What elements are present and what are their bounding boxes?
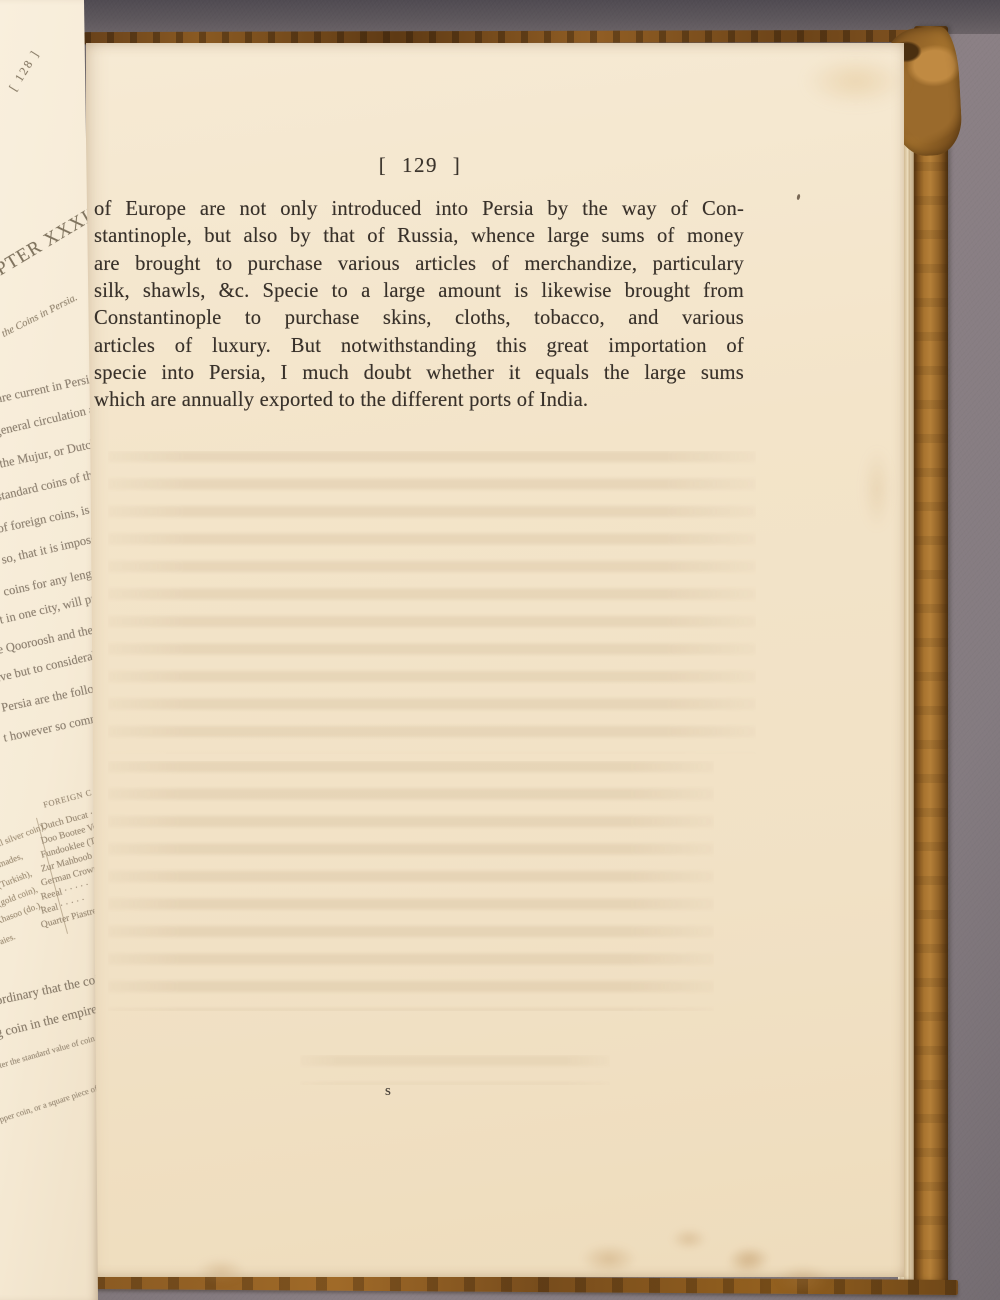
photo-background: { "main_page": { "header": "[ 129 ]", "l… [0,0,1000,1300]
coin-list-header-fragment: FOREIGN C [42,787,93,810]
facing-text-fragment: general circulation are th [0,397,100,440]
show-through-text [108,761,714,1011]
background-shadow-band [0,0,1000,34]
paragraph-line: stantinople, but also by that of Russia,… [94,223,744,250]
printers-signature-mark: s [385,1083,391,1100]
facing-text-fragment: are current in Persia an [0,368,100,407]
chapter-heading-fragment: PTER XXXIII. [0,196,100,281]
facing-page-edge: [ 128 ] PTER XXXIII. the Coins in Persia… [0,0,100,1300]
ink-speck [796,194,800,201]
paragraph-line: of Europe are not only introduced into P… [94,196,744,223]
book-page: [ 129 ] of Europe are not only introduce… [86,43,904,1277]
body-paragraph: of Europe are not only introduced into P… [94,196,744,415]
margin-note-fragment: aies. [0,931,17,946]
paragraph-line: specie into Persia, I much doubt whether… [94,360,744,387]
show-through-text [300,1055,610,1085]
foxing-stain [766,45,916,125]
book-cover-edge [914,26,948,1289]
paragraph-line: Constantinople to purchase skins, cloths… [94,305,744,332]
book-top-board-edge [84,30,908,44]
paragraph-line: are brought to purchase various articles… [94,251,744,278]
chapter-subtitle-fragment: the Coins in Persia. [0,292,79,340]
paragraph-line: silk, shawls, &c. Specie to a large amou… [94,278,744,305]
margin-note-fragment: rmades, [0,851,24,870]
facing-text-fragment: the Mujur, or Dutch du [0,433,100,472]
facing-page-number: [ 128 ] [6,47,43,94]
show-through-text [108,451,756,754]
footnote-fragment: opper coin, or a square piece of copp [0,1077,100,1125]
book-photo: [ 129 ] of Europe are not only introduce… [0,0,1000,1300]
paragraph-line: articles of luxury. But notwithstanding … [94,333,744,360]
page-number-header: [ 129 ] [94,153,746,178]
facing-text-fragment: of foreign coins, is a cons [0,495,100,536]
paragraph-line: which are annually exported to the diffe… [94,387,744,414]
book-bottom-board-edge [94,1274,958,1295]
foxing-stain [856,429,898,549]
